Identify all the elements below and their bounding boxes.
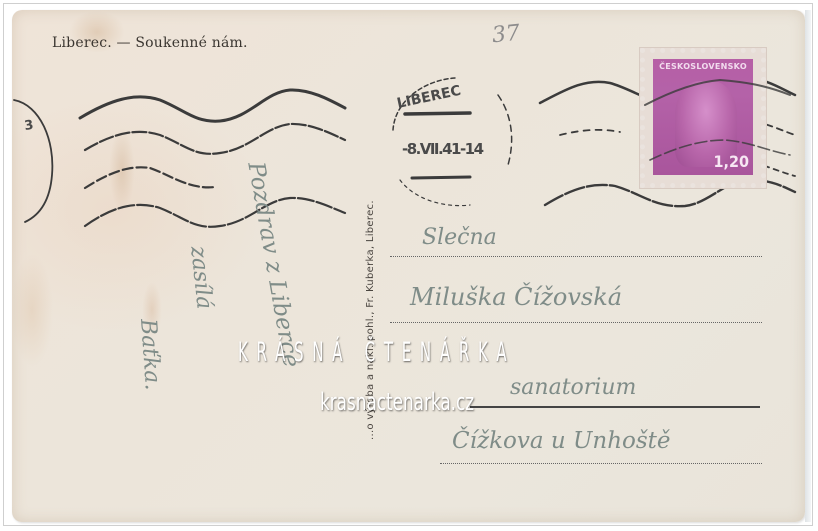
watermark-title: KRÁSNÁ ČTENÁŘKA <box>238 337 515 368</box>
address-line-1: Slečna <box>422 225 497 250</box>
address-rule-4 <box>440 463 762 464</box>
message-line-3: Baťka. <box>135 318 165 391</box>
watermark-url: krasnactenarka.cz <box>320 388 474 416</box>
address-rule-3 <box>470 406 760 408</box>
stamp-cancellation <box>0 0 818 531</box>
address-line-3: sanatorium <box>510 375 636 400</box>
address-line-2: Miluška Čížovská <box>410 283 622 311</box>
address-rule-1 <box>390 256 762 257</box>
address-line-4: Čížkova u Unhoště <box>452 428 671 454</box>
address-rule-2 <box>390 322 762 323</box>
